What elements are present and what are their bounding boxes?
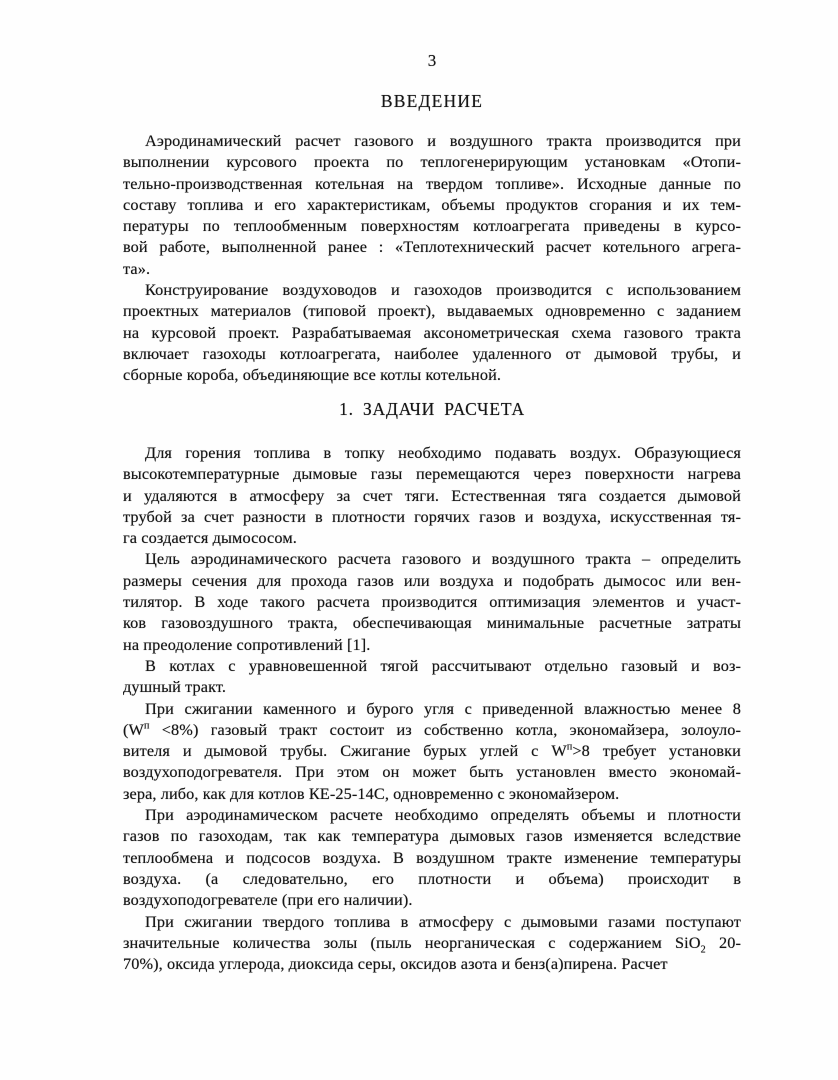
paragraph: Цель аэродинамического расчета газового … — [123, 548, 741, 654]
paragraph: В котлах с уравновешенной тягой рассчиты… — [123, 655, 741, 698]
section-paragraphs: Для горения топлива в топку необходимо п… — [123, 442, 741, 974]
intro-paragraphs: Аэродинамический расчет газового и возду… — [123, 130, 741, 386]
text-line: высокотемпературные дымовые газы перемещ… — [123, 463, 741, 484]
text-line: на преодоление сопротивлений [1]. — [123, 634, 741, 655]
text-line: тилятор. В ходе такого расчета производи… — [123, 591, 741, 612]
text-line: газов по газоходам, так как температура … — [123, 825, 741, 846]
text-line: Конструирование воздуховодов и газоходов… — [123, 279, 741, 300]
text-line: вой работе, выполненной ранее : «Теплоте… — [123, 236, 741, 257]
text-line: сборные короба, объединяющие все котлы к… — [123, 364, 741, 385]
text-line: тельно-производственная котельная на тве… — [123, 173, 741, 194]
text-line: душный тракт. — [123, 676, 741, 697]
text-line: (Wп <8%) газовый тракт состоит из собств… — [123, 719, 741, 740]
text-line: выполнении курсового проекта по теплоген… — [123, 151, 741, 172]
text-line: ков газовоздушного тракта, обеспечивающа… — [123, 612, 741, 633]
text-line: пературы по теплообменным поверхностям к… — [123, 215, 741, 236]
text-line: включает газоходы котлоагрегата, наиболе… — [123, 343, 741, 364]
text-line: При аэродинамическом расчете необходимо … — [123, 804, 741, 825]
section-heading: 1. ЗАДАЧИ РАСЧЕТА — [123, 399, 741, 419]
text-line: 70%), оксида углерода, диоксида серы, ок… — [123, 953, 741, 974]
text-line: воздуха. (а следовательно, его плотности… — [123, 868, 741, 889]
paragraph: Аэродинамический расчет газового и возду… — [123, 130, 741, 279]
page-number: 3 — [123, 52, 741, 69]
paragraph: Конструирование воздуховодов и газоходов… — [123, 279, 741, 385]
text-line: та». — [123, 258, 741, 279]
text-line: теплообмена и подсосов воздуха. В воздуш… — [123, 847, 741, 868]
text-line: на курсовой проект. Разрабатываемая аксо… — [123, 322, 741, 343]
paragraph: При сжигании твердого топлива в атмосфер… — [123, 911, 741, 975]
text-line: Аэродинамический расчет газового и возду… — [123, 130, 741, 151]
text-line: га создается дымососом. — [123, 527, 741, 548]
text-line: трубой за счет разности в плотности горя… — [123, 506, 741, 527]
paragraph: При аэродинамическом расчете необходимо … — [123, 804, 741, 910]
text-line: и удаляются в атмосферу за счет тяги. Ес… — [123, 485, 741, 506]
text-line: В котлах с уравновешенной тягой рассчиты… — [123, 655, 741, 676]
paragraph: Для горения топлива в топку необходимо п… — [123, 442, 741, 548]
text-line: размеры сечения для прохода газов или во… — [123, 570, 741, 591]
text-line: значительные количества золы (пыль неорг… — [123, 932, 741, 953]
text-line: зера, либо, как для котлов КЕ-25-14С, од… — [123, 783, 741, 804]
text-line: воздухоподогревателя. При этом он может … — [123, 761, 741, 782]
document-title: ВВЕДЕНИЕ — [123, 92, 741, 110]
text-line: При сжигании твердого топлива в атмосфер… — [123, 911, 741, 932]
scanned-document-page: 3 ВВЕДЕНИЕ Аэродинамический расчет газов… — [0, 0, 838, 1080]
text-line: воздухоподогревателе (при его наличии). — [123, 889, 741, 910]
paragraph: При сжигании каменного и бурого угля с п… — [123, 698, 741, 804]
text-line: При сжигании каменного и бурого угля с п… — [123, 698, 741, 719]
text-line: проектных материалов (типовой проект), в… — [123, 300, 741, 321]
text-line: Цель аэродинамического расчета газового … — [123, 548, 741, 569]
text-line: составу топлива и его характеристикам, о… — [123, 194, 741, 215]
text-line: Для горения топлива в топку необходимо п… — [123, 442, 741, 463]
text-line: вителя и дымовой трубы. Сжигание бурых у… — [123, 740, 741, 761]
